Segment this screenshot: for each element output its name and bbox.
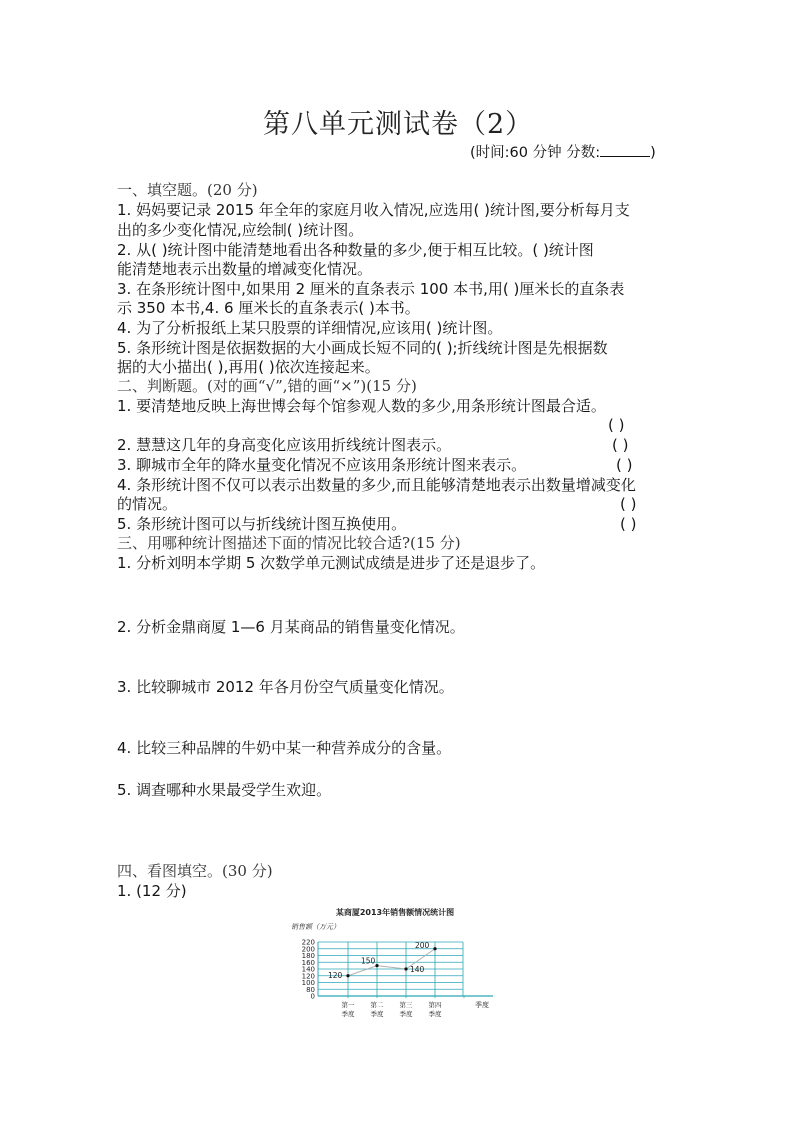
svg-text:120: 120 [328, 971, 343, 980]
s1-line-9: 据的大小描出( ),再用( )依次连接起来。 [117, 358, 380, 377]
svg-text:200: 200 [415, 941, 430, 950]
s3-item-5: 5. 调查哪种水果最受学生欢迎。 [117, 781, 331, 800]
page-title: 第八单元测试卷（2） [263, 102, 533, 141]
section-4-heading: 四、看图填空。(30 分) [117, 862, 273, 881]
s1-line-3: 2. 从( )统计图中能清楚地看出各种数量的多少,便于相互比较。( )统计图 [117, 241, 594, 260]
s2-item-5: 5. 条形统计图可以与折线统计图互换使用。 [117, 515, 406, 534]
s1-line-4: 能清楚地表示出数量的增减变化情况。 [117, 260, 372, 279]
svg-text:季度: 季度 [342, 1009, 356, 1018]
s3-item-1: 1. 分析刘明本学期 5 次数学单元测试成绩是进步了还是退步了。 [117, 554, 545, 573]
s2-answer-3[interactable]: ( ) [616, 456, 632, 474]
svg-text:季度: 季度 [429, 1009, 443, 1018]
s3-item-4: 4. 比较三种品牌的牛奶中某一种营养成分的含量。 [117, 739, 451, 758]
svg-text:季度: 季度 [371, 1009, 385, 1018]
s3-item-3: 3. 比较聊城市 2012 年各月份空气质量变化情况。 [117, 678, 454, 697]
section-2-heading: 二、判断题。(对的画“√”,错的画“×”)(15 分) [117, 377, 417, 396]
s1-line-2: 出的多少变化情况,应绘制( )统计图。 [117, 221, 363, 240]
s2-answer-4[interactable]: ( ) [620, 495, 636, 513]
s1-line-5: 3. 在条形统计图中,如果用 2 厘米的直条表示 100 本书,用( )厘米长的… [117, 280, 624, 299]
sales-line-chart: 某商厦2013年销售额情况统计图 销售额（万元） 080100120140160… [285, 900, 505, 1025]
svg-text:140: 140 [410, 965, 425, 974]
chart-xlabel: 季度 [475, 1000, 489, 1009]
s2-item-1: 1. 要清楚地反映上海世博会每个馆参观人数的多少,用条形统计图最合适。 [117, 397, 606, 416]
section-3-heading: 三、用哪种统计图描述下面的情况比较合适?(15 分) [117, 534, 461, 553]
chart-title: 某商厦2013年销售额情况统计图 [336, 907, 454, 917]
svg-text:220: 220 [302, 939, 315, 947]
s2-answer-5[interactable]: ( ) [620, 515, 636, 533]
svg-text:第二: 第二 [371, 1000, 385, 1009]
s3-item-2: 2. 分析金鼎商厦 1—6 月某商品的销售量变化情况。 [117, 618, 465, 637]
s1-line-7: 4. 为了分析报纸上某只股票的详细情况,应该用( )统计图。 [117, 319, 502, 338]
chart-ylabel: 销售额（万元） [291, 923, 340, 931]
svg-text:季度: 季度 [400, 1009, 414, 1018]
score-blank[interactable] [600, 144, 650, 157]
svg-text:150: 150 [361, 957, 376, 966]
chart-points: 120150140200 [328, 941, 437, 980]
s2-item-2: 2. 慧慧这几年的身高变化应该用折线统计图表示。 [117, 436, 451, 455]
chart-x-labels: 第一季度第二季度第三季度第四季度 [342, 1000, 443, 1018]
chart-y-ticks: 080100120140160180200220 [302, 939, 315, 1001]
svg-text:第三: 第三 [400, 1000, 414, 1009]
s4-question-1: 1. (12 分) [117, 882, 187, 901]
time-score-label: (时间:60 分钟 分数: [470, 145, 600, 161]
s2-item-3: 3. 聊城市全年的降水量变化情况不应该用条形统计图来表示。 [117, 456, 526, 475]
s2-item-4-cont: 的情况。 [117, 495, 177, 514]
s2-answer-1[interactable]: ( ) [608, 416, 624, 434]
s1-line-1: 1. 妈妈要记录 2015 年全年的家庭月收入情况,应选用( )统计图,要分析每… [117, 201, 630, 220]
s1-line-8: 5. 条形统计图是依据数据的大小画成长短不同的( );折线统计图是先根据数 [117, 339, 608, 358]
section-1-heading: 一、填空题。(20 分) [117, 181, 258, 200]
s1-line-6: 示 350 本书,4. 6 厘米长的直条表示( )本书。 [117, 299, 420, 318]
s2-answer-2[interactable]: ( ) [612, 436, 628, 454]
exam-meta: (时间:60 分钟 分数:) [470, 141, 656, 162]
svg-text:第一: 第一 [342, 1000, 356, 1009]
s2-item-4: 4. 条形统计图不仅可以表示出数量的多少,而且能够清楚地表示出数量增减变化 [117, 476, 636, 495]
svg-text:第四: 第四 [429, 1000, 443, 1009]
